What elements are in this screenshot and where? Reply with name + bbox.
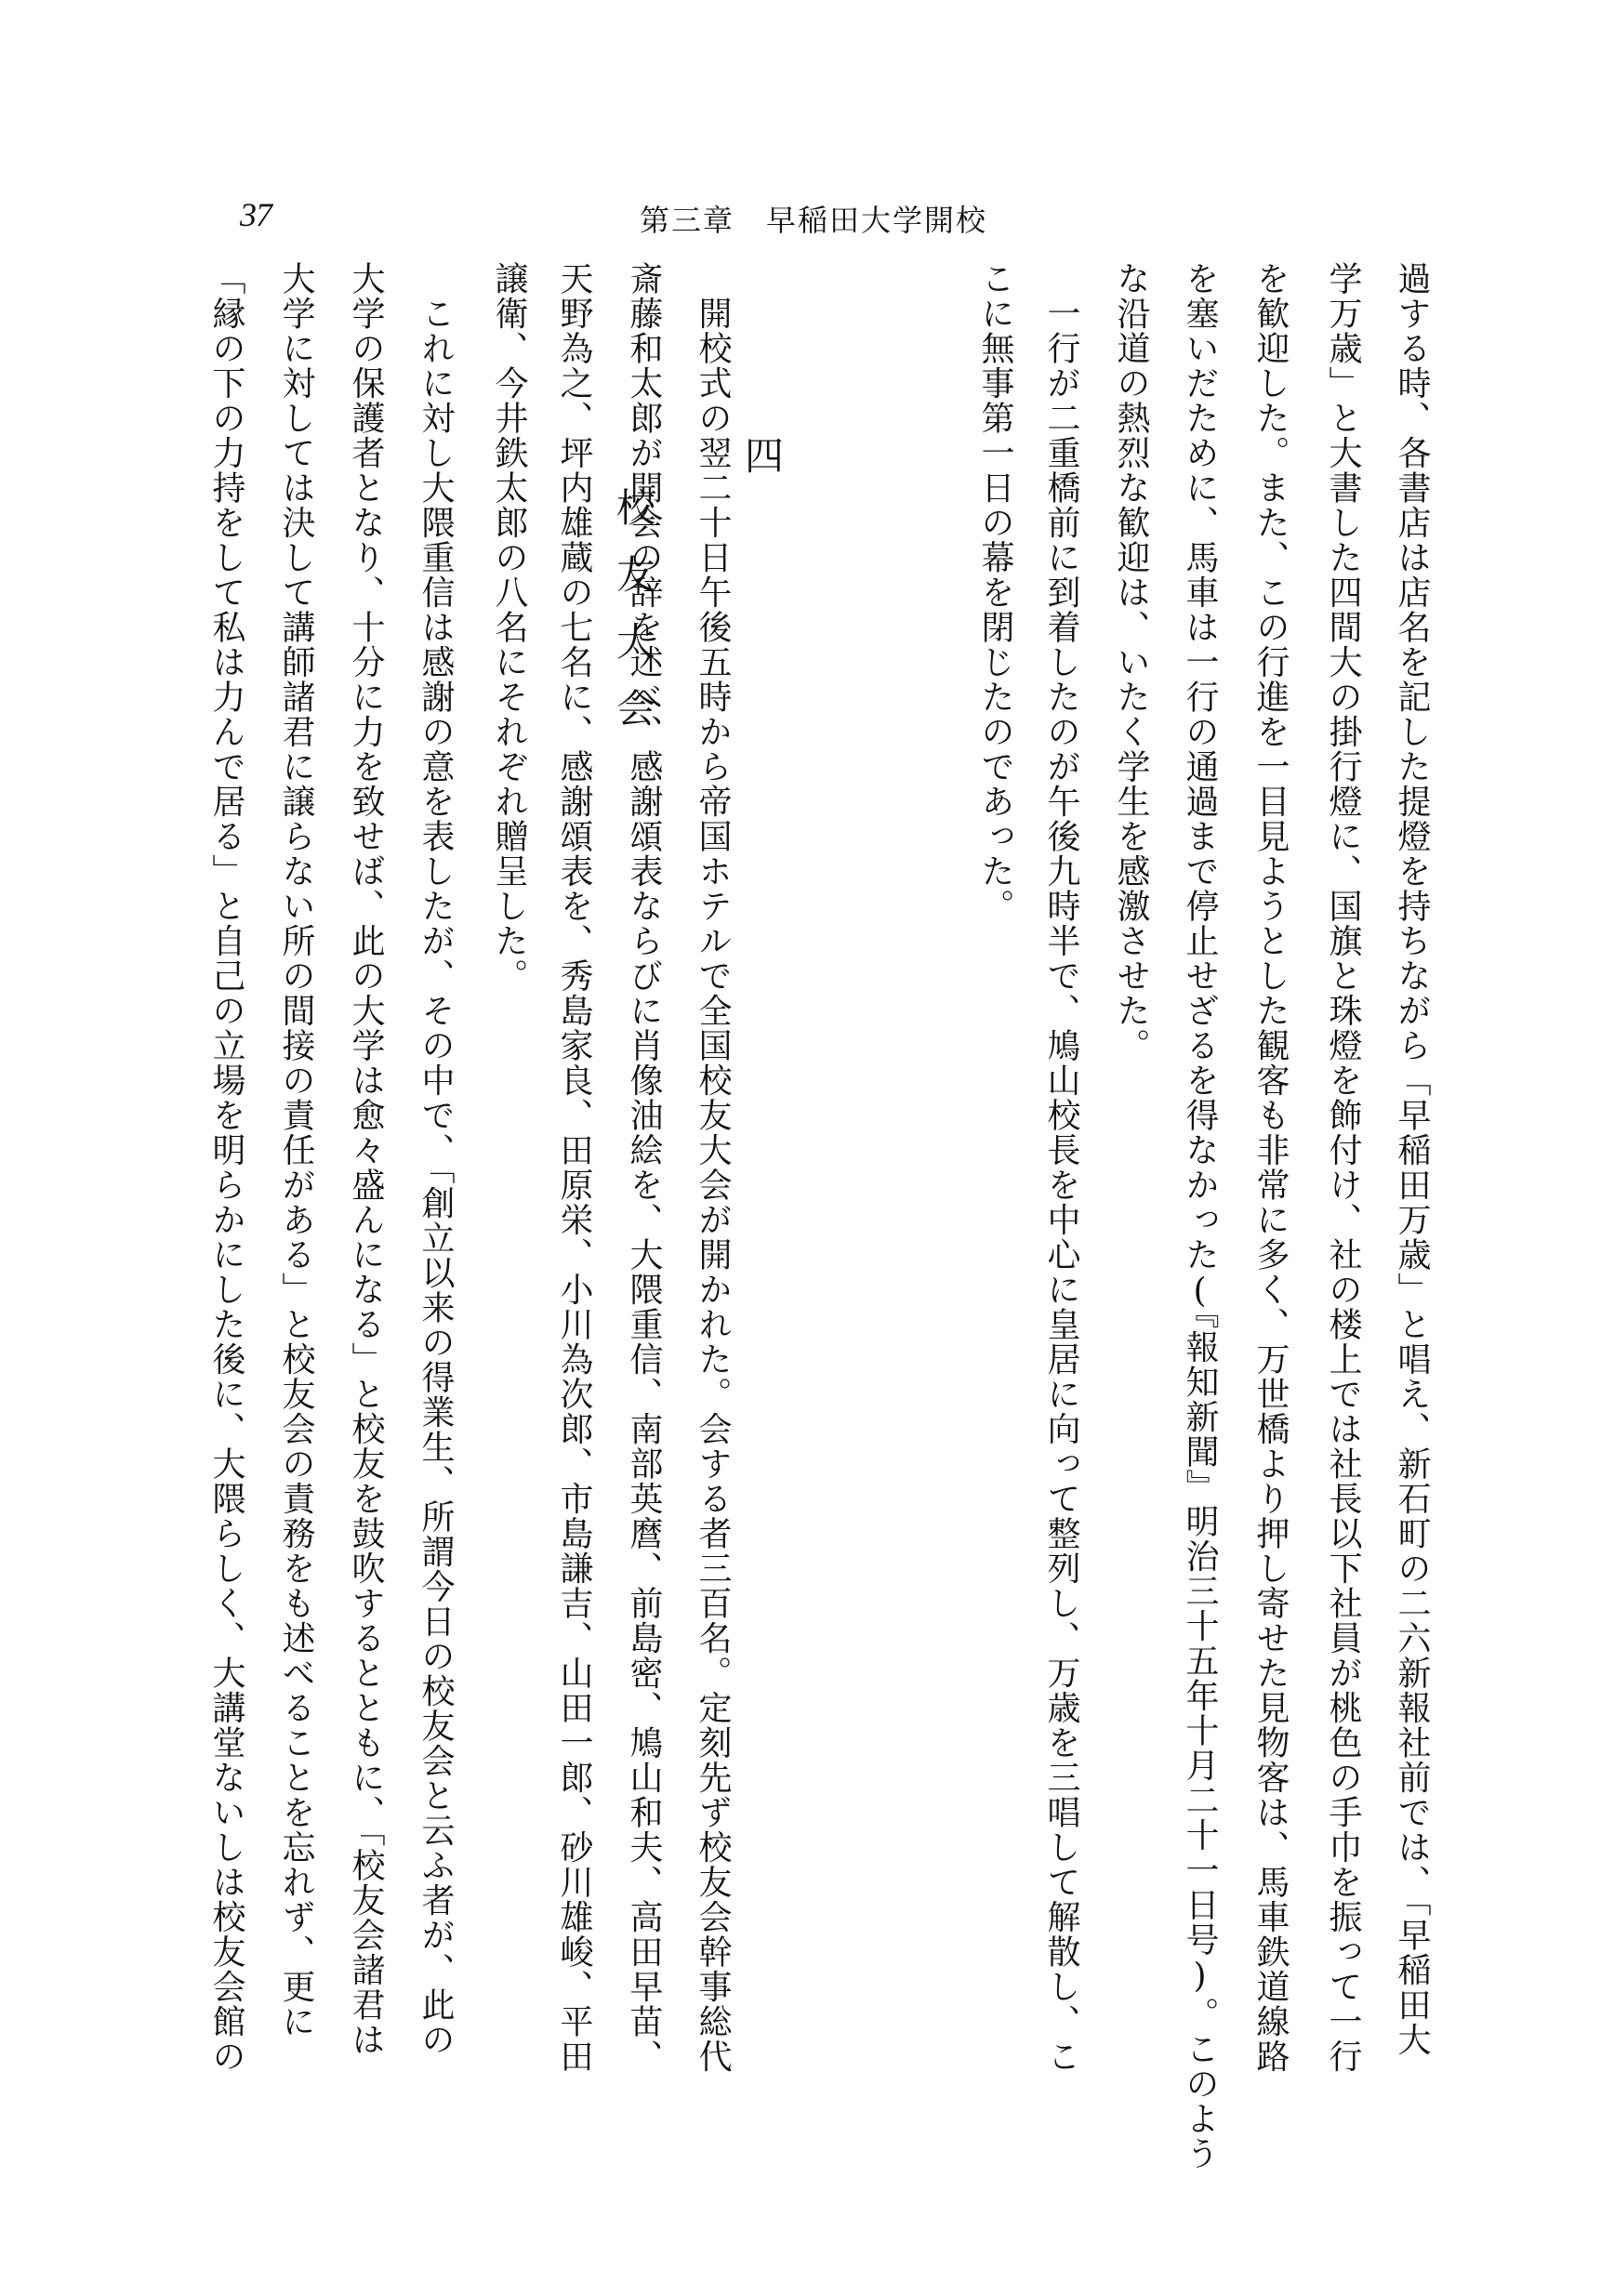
running-head-title: 第三章 早稲田大学開校 xyxy=(640,197,987,240)
text-column-14: 大学に対しては決して講師諸君に譲らない所の間接の責任がある」と校友会の責務をも述… xyxy=(277,261,314,2039)
text-column-5: な沿道の熱烈な歓迎は、いたく学生を感激させた。 xyxy=(1112,261,1149,1063)
text-column-3: を歓迎した。また、この行進を一目見ようとした観客も非常に多く、万世橋より押し寄せ… xyxy=(1251,261,1289,2074)
text-column-2: 学万歳」と大書した四間大の掛行燈に、国旗と珠燈を飾付け、社の楼上では社長以下社員… xyxy=(1324,261,1361,2074)
text-column-13: 大学の保護者となり、十分に力を致せば、此の大学は愈々盛んになる」と校友を鼓吹する… xyxy=(347,261,384,2057)
text-column-11: 譲衛、今井鉄太郎の八名にそれぞれ贈呈した。 xyxy=(490,261,527,994)
text-column-12: これに対し大隈重信は感謝の意を表したが、その中で、「創立以来の得業生、所謂今日の… xyxy=(417,261,454,2057)
text-column-9: 斎藤和太郎が開会の辞を述べ、感謝頌表ならびに肖像油絵を、大隈重信、南部英麿、前島… xyxy=(625,261,662,2074)
section-heading: 四 校友大会 xyxy=(826,435,868,755)
text-column-8: 開校式の翌二十日午後五時から帝国ホテルで全国校友大会が開かれた。会する者三百名。… xyxy=(694,261,731,2074)
text-column-10: 天野為之、坪内雄蔵の七名に、感謝頌表を、秀島家良、田原栄、小川為次郎、市島謙吉、… xyxy=(555,261,592,2074)
text-column-4: を塞いだために、馬車は一行の通過まで停止せざるを得なかった(『報知新聞』明治三十… xyxy=(1181,261,1218,2171)
section-number: 四 xyxy=(740,435,783,755)
text-column-7: こに無事第一日の幕を閉じたのであった。 xyxy=(976,261,1013,924)
text-column-1: 過する時、各書店は店名を記した提燈を持ちながら「早稲田万歳」と唱え、新石町の二六… xyxy=(1393,261,1430,2057)
text-column-15: 「縁の下の力持をして私は力んで居る」と自己の立場を明らかにした後に、大隈らしく、… xyxy=(207,261,245,2074)
text-column-6: 一行が二重橋前に到着したのが午後九時半で、鳩山校長を中心に皇居に向って整列し、万… xyxy=(1042,261,1079,2074)
page-number: 37 xyxy=(240,195,271,234)
